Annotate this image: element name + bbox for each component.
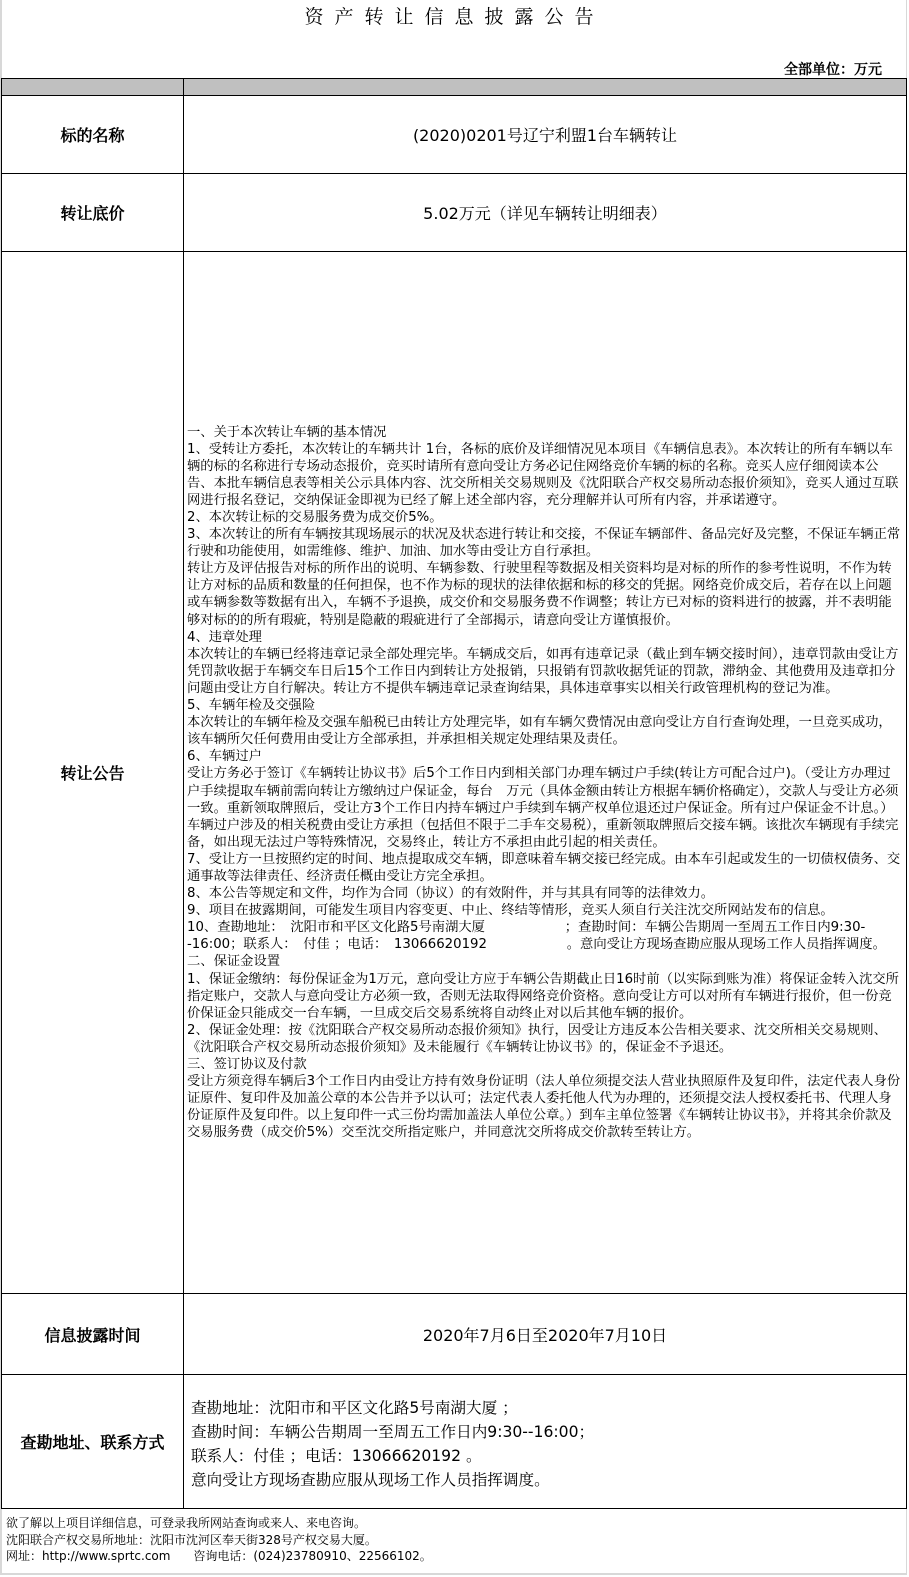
disclosure-table: 标的名称 (2020)0201号辽宁利盟1台车辆转让 转让底价 5.02万元（详… — [1, 78, 907, 1509]
header-cell-left — [2, 79, 184, 96]
notice-paragraph: 2、本次转让标的交易服务费为成交价5%。 — [187, 509, 902, 526]
inspection-time: 查勘时间：车辆公告期周一至周五工作日内9:30--16:00； — [191, 1420, 902, 1444]
subject-value: (2020)0201号辽宁利盟1台车辆转让 — [184, 96, 907, 174]
footer-address: 沈阳联合产权交易所地址：沈阳市沈河区奉天街328号产权交易大厦。 — [6, 1532, 432, 1549]
row-inspection: 查勘地址、联系方式 查勘地址：沈阳市和平区文化路5号南湖大厦 ； 查勘时间：车辆… — [2, 1375, 907, 1509]
notice-paragraph: 转让方及评估报告对标的所作出的说明、车辆参数、行驶里程等数据及相关资料均是对标的… — [187, 560, 902, 628]
row-base-price: 转让底价 5.02万元（详见车辆转让明细表） — [2, 174, 907, 252]
base-price-value: 5.02万元（详见车辆转让明细表） — [184, 174, 907, 252]
notice-paragraph: 7、受让方一旦按照约定的时间、地点提取成交车辆，即意味着车辆交接已经完成。由本车… — [187, 851, 902, 885]
notice-paragraph: 受让方务必于签订《车辆转让协议书》后5个工作日内到相关部门办理车辆过户手续(转让… — [187, 765, 902, 816]
table-header-row — [2, 79, 907, 96]
inspection-instruction: 意向受让方现场查勘应服从现场工作人员指挥调度。 — [191, 1468, 902, 1492]
notice-paragraph: 三、签订协议及付款 — [187, 1056, 902, 1073]
notice-label: 转让公告 — [2, 252, 184, 1294]
row-subject: 标的名称 (2020)0201号辽宁利盟1台车辆转让 — [2, 96, 907, 174]
footer-website-phone: 网址：http://www.sprtc.com 咨询电话：(024)237809… — [6, 1548, 432, 1565]
inspection-contact: 联系人：付佳 ；电话：13066620192 。 — [191, 1444, 902, 1468]
notice-paragraph: 本次转让的车辆年检及交强车船税已由转让方处理完毕，如有车辆欠费情况由意向受让方自… — [187, 714, 902, 748]
row-notice: 转让公告 一、关于本次转让车辆的基本情况 1、受转让方委托，本次转让的车辆共计 … — [2, 252, 907, 1294]
base-price-label: 转让底价 — [2, 174, 184, 252]
notice-paragraph: 10、查勘地址： 沈阳市和平区文化路5号南湖大厦 ；查勘时间：车辆公告期周一至周… — [187, 919, 902, 953]
inspection-content: 查勘地址：沈阳市和平区文化路5号南湖大厦 ； 查勘时间：车辆公告期周一至周五工作… — [184, 1375, 907, 1509]
document-title: 资产转让信息披露公告 — [0, 2, 909, 29]
notice-paragraph: 3、本次转让的所有车辆按其现场展示的状况及状态进行转让和交接，不保证车辆部件、备… — [187, 526, 902, 560]
disclosure-period-value: 2020年7月6日至2020年7月10日 — [184, 1294, 907, 1375]
footer-inquiry: 欲了解以上项目详细信息，可登录我所网站查询或来人、来电咨询。 — [6, 1515, 432, 1532]
notice-paragraph: 8、本公告等规定和文件，均作为合同（协议）的有效附件，并与其具有同等的法律效力。 — [187, 885, 902, 902]
notice-paragraph: 二、保证金设置 — [187, 953, 902, 970]
notice-paragraph: 4、违章处理 — [187, 629, 902, 646]
notice-paragraph: 1、受转让方委托，本次转让的车辆共计 1台，各标的底价及详细情况见本项目《车辆信… — [187, 441, 902, 509]
subject-label: 标的名称 — [2, 96, 184, 174]
notice-paragraph: 2、保证金处理：按《沈阳联合产权交易所动态报价须知》执行，因受让方违反本公告相关… — [187, 1022, 902, 1056]
notice-paragraph: 5、车辆年检及交强险 — [187, 697, 902, 714]
row-disclosure-period: 信息披露时间 2020年7月6日至2020年7月10日 — [2, 1294, 907, 1375]
notice-paragraph: 6、车辆过户 — [187, 748, 902, 765]
header-cell-right — [184, 79, 907, 96]
notice-paragraph: 车辆过户涉及的相关税费由受让方承担（包括但不限于二手车交易税），重新领取牌照后交… — [187, 817, 902, 851]
notice-paragraph: 本次转让的车辆已经将违章记录全部处理完毕。车辆成交后，如再有违章记录（截止到车辆… — [187, 646, 902, 697]
inspection-label: 查勘地址、联系方式 — [2, 1375, 184, 1509]
notice-content: 一、关于本次转让车辆的基本情况 1、受转让方委托，本次转让的车辆共计 1台，各标… — [184, 252, 907, 1294]
notice-paragraph: 1、保证金缴纳：每份保证金为1万元，意向受让方应于车辆公告期截止日16时前（以实… — [187, 971, 902, 1022]
disclosure-period-label: 信息披露时间 — [2, 1294, 184, 1375]
unit-note: 全部单位：万元 — [784, 59, 882, 79]
notice-paragraph: 受让方须竞得车辆后3个工作日内由受让方持有效身份证明（法人单位须提交法人营业执照… — [187, 1073, 902, 1141]
notice-paragraph: 一、关于本次转让车辆的基本情况 — [187, 424, 902, 441]
footer: 欲了解以上项目详细信息，可登录我所网站查询或来人、来电咨询。 沈阳联合产权交易所… — [6, 1509, 432, 1565]
inspection-address: 查勘地址：沈阳市和平区文化路5号南湖大厦 ； — [191, 1396, 902, 1420]
notice-paragraph: 9、项目在披露期间，可能发生项目内容变更、中止、终结等情形，竞买人须自行关注沈交… — [187, 902, 902, 919]
